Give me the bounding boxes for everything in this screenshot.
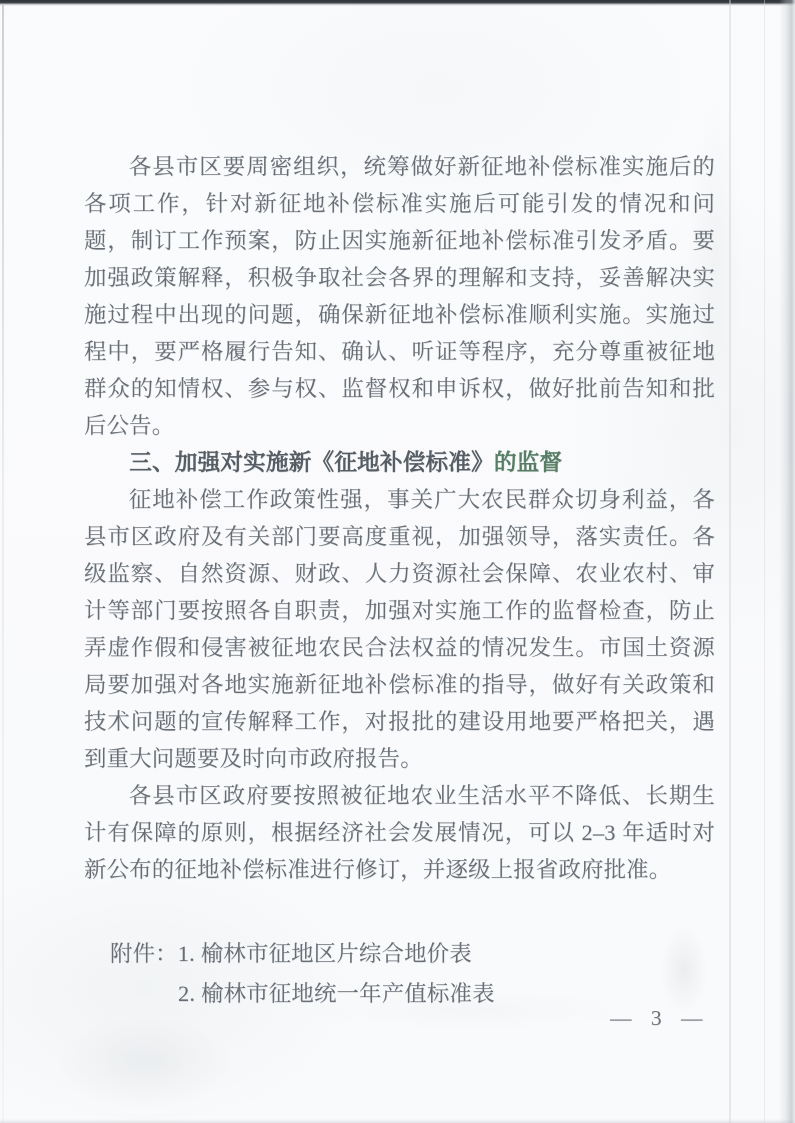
paragraph-revision: 各县市区政府要按照被征地农业生活水平不降低、长期生计有保障的原则，根据经济社会发… <box>84 777 715 888</box>
attachments-label: 附件： <box>110 941 178 966</box>
section-heading-main: 三、加强对实施新《征地补偿标准》 <box>129 450 494 475</box>
attachment-item-1: 1. 榆林市征地区片综合地价表 <box>178 941 472 966</box>
scan-fold-line <box>764 0 765 1123</box>
section-heading: 三、加强对实施新《征地补偿标准》的监督 <box>84 444 715 481</box>
document-body: 各县市区要周密组织，统筹做好新征地补偿标准实施后的各项工作，针对新征地补偿标准实… <box>84 148 715 1014</box>
page-number: — 3 — <box>610 1006 710 1031</box>
attachment-item-2: 2. 榆林市征地统一年产值标准表 <box>178 981 495 1006</box>
attachment-line-1: 附件：1. 榆林市征地区片综合地价表 <box>110 934 715 974</box>
section-heading-tail: 的监督 <box>494 450 562 475</box>
attachments-block: 附件：1. 榆林市征地区片综合地价表 2. 榆林市征地统一年产值标准表 <box>84 934 715 1014</box>
scan-edge-right <box>779 0 795 1123</box>
scan-fold-line <box>729 0 731 1123</box>
scan-edge-left <box>2 5 4 1123</box>
scanned-document-page: 各县市区要周密组织，统筹做好新征地补偿标准实施后的各项工作，针对新征地补偿标准实… <box>0 0 795 1123</box>
scan-edge-bottom <box>0 1119 795 1123</box>
paragraph-implementation: 各县市区要周密组织，统筹做好新征地补偿标准实施后的各项工作，针对新征地补偿标准实… <box>84 148 715 444</box>
paragraph-supervision: 征地补偿工作政策性强，事关广大农民群众切身利益，各县市区政府及有关部门要高度重视… <box>84 481 715 777</box>
scan-edge-top <box>0 0 795 6</box>
scan-smudge <box>55 1015 235 1110</box>
